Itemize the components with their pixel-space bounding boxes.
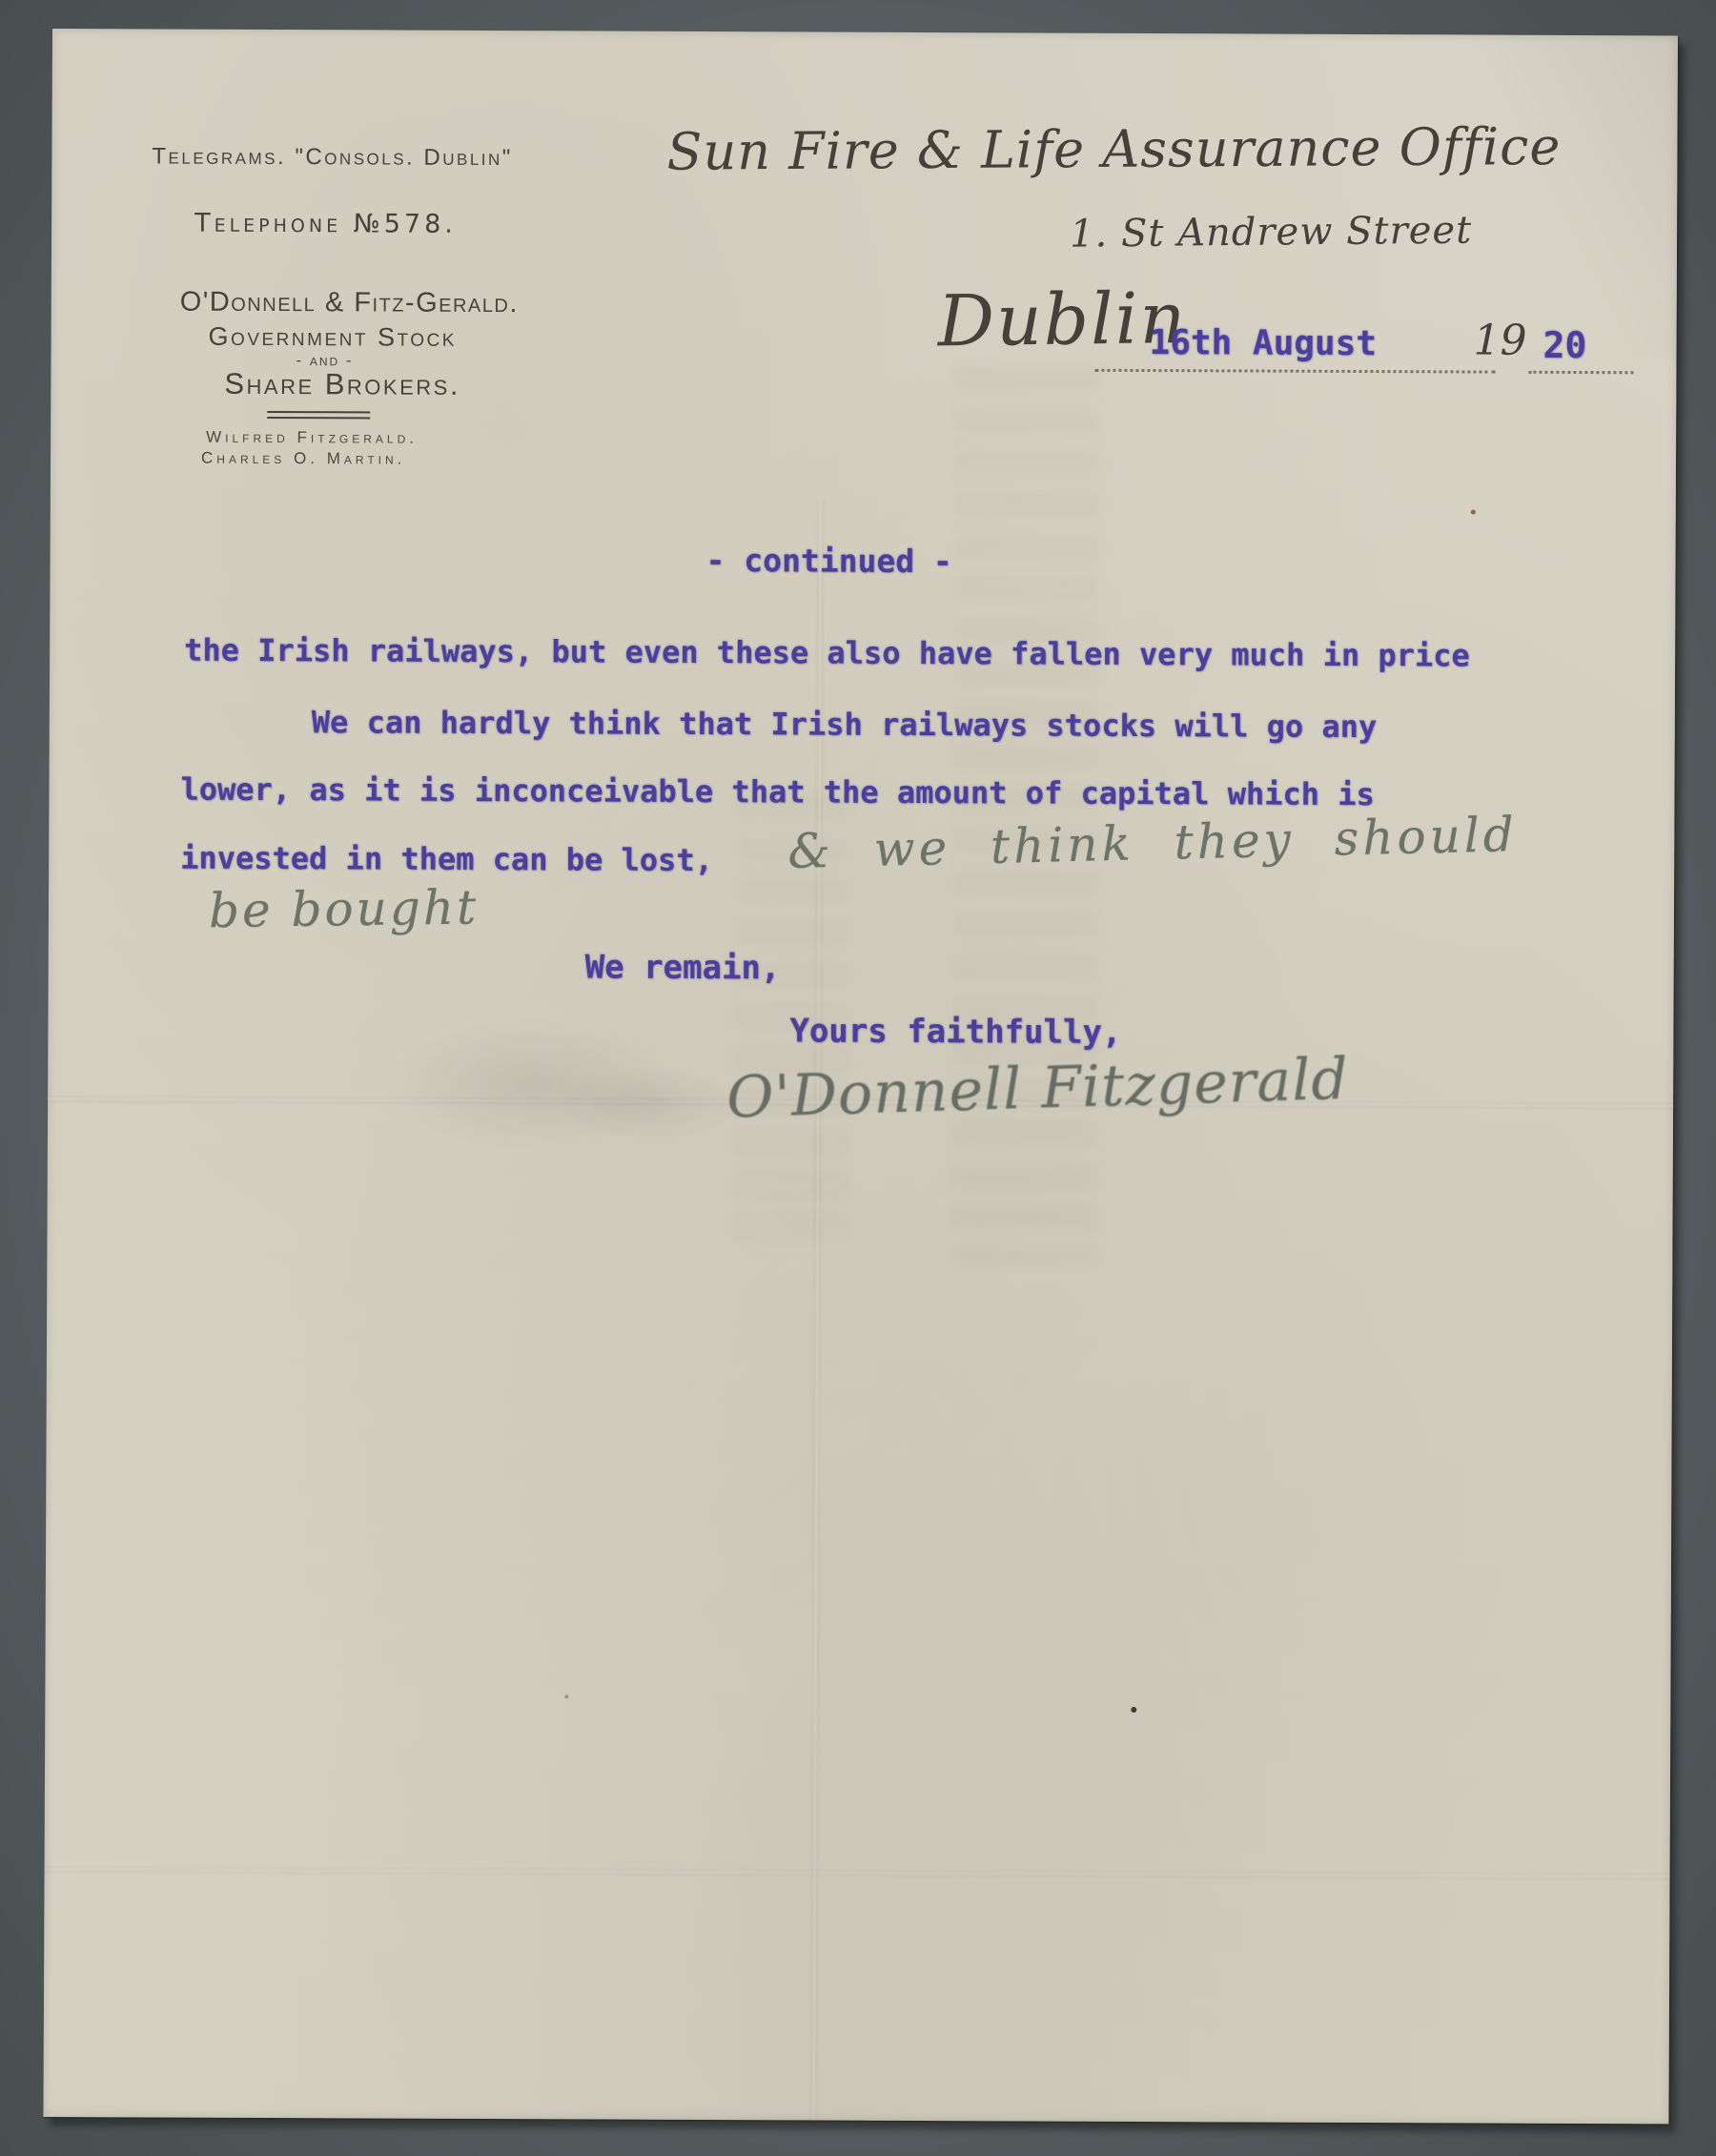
body-line-4: invested in them can be lost, <box>180 840 713 878</box>
letterhead-business-line1: Government Stock <box>209 322 457 353</box>
ghost-imprint-column <box>952 366 1099 1263</box>
body-line-3: lower, as it is inconceivable that the a… <box>180 771 1374 812</box>
letterhead-business-line2: Share Brokers. <box>224 367 460 402</box>
continued-header: - continued - <box>705 542 951 580</box>
horizontal-fold-crease-lower <box>45 1865 1670 1880</box>
date-dotted-line <box>1094 369 1495 374</box>
paper-speck <box>564 1694 568 1698</box>
closing-yours-faithfully: Yours faithfully, <box>789 1012 1121 1052</box>
paper-speck <box>1131 1707 1136 1713</box>
handwritten-note-2: be bought <box>209 879 480 938</box>
handwritten-note-1: & we think they should <box>787 807 1519 879</box>
letterhead-partner1: Wilfred Fitzgerald. <box>206 428 418 448</box>
year-printed: 19 <box>1473 317 1526 365</box>
letterhead-double-rule <box>267 411 370 419</box>
letter-paper: Telegrams. "Consols. Dublin" Telephone №… <box>43 29 1678 2124</box>
scanned-letter-page: { "letterhead": { "telegrams": "Telegram… <box>0 0 1716 2156</box>
paper-wrinkle <box>543 1060 753 1147</box>
year-typed: 20 <box>1542 324 1586 366</box>
body-line-2: We can hardly think that Irish railways … <box>312 704 1378 745</box>
corner-fold-shading <box>1448 34 1678 359</box>
closing-we-remain: We remain, <box>585 948 781 987</box>
letterhead-address-script: 1. St Andrew Street <box>1070 209 1473 257</box>
letterhead-office-script: Sun Fire & Life Assurance Office <box>666 116 1561 182</box>
letterhead-telephone: Telephone №578. <box>194 209 457 239</box>
letterhead-firm-name: O'Donnell & Fitz-Gerald. <box>180 287 519 320</box>
letterhead-telegrams: Telegrams. "Consols. Dublin" <box>152 143 513 172</box>
body-line-1: the Irish railways, but even these also … <box>184 632 1470 674</box>
year-dotted-line <box>1528 371 1633 374</box>
letterhead-partner2: Charles O. Martin. <box>201 449 405 469</box>
date-typed: 16th August <box>1149 323 1377 363</box>
paper-speck <box>1471 509 1476 514</box>
